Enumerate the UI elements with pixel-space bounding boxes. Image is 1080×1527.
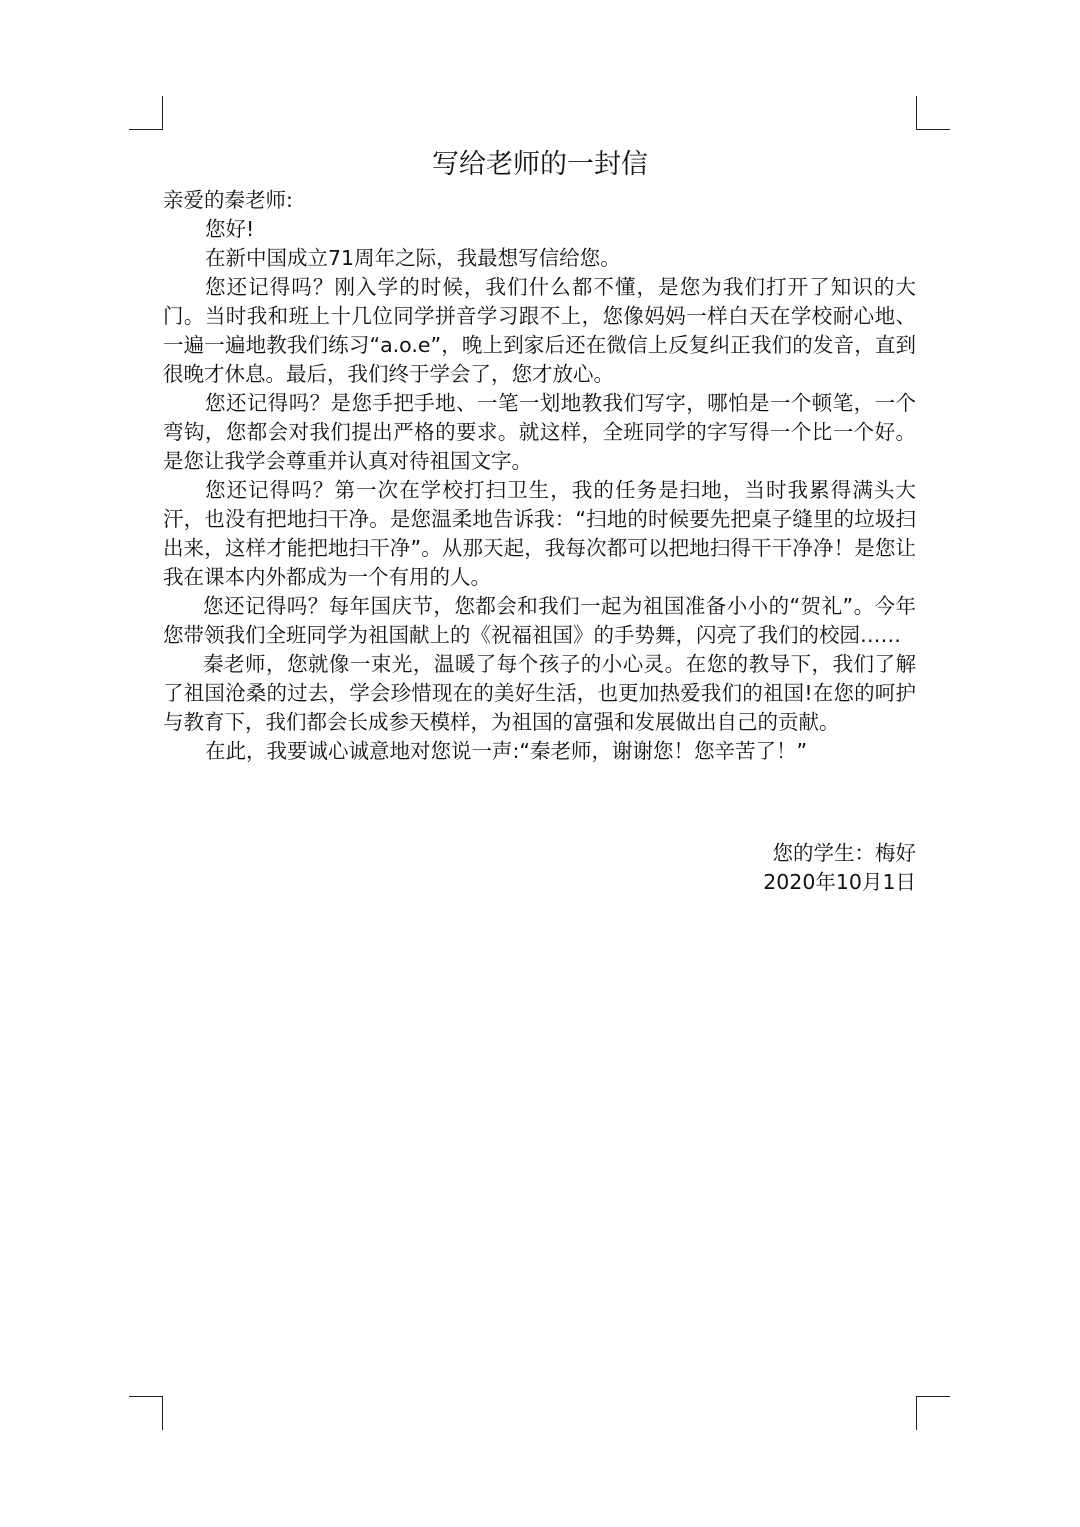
signature-block: 您的学生：梅好 2020年10月1日: [763, 839, 916, 897]
closing-paragraph: 在此，我要诚心诚意地对您说一声:“秦老师，谢谢您！您辛苦了！”: [163, 737, 916, 766]
paragraph: 在新中国成立71周年之际，我最想写信给您。: [163, 244, 916, 273]
letter-title: 写给老师的一封信: [0, 142, 1080, 181]
crop-mark-bottom-right: [916, 1396, 950, 1430]
salutation: 亲爱的秦老师:: [163, 186, 916, 215]
crop-mark-top-left: [129, 96, 163, 130]
paragraph: 您还记得吗？每年国庆节，您都会和我们一起为祖国准备小小的“贺礼”。今年您带领我们…: [163, 592, 916, 650]
paragraph: 您还记得吗？是您手把手地、一笔一划地教我们写字，哪怕是一个顿笔，一个弯钩，您都会…: [163, 389, 916, 476]
paragraph: 秦老师，您就像一束光，温暖了每个孩子的小心灵。在您的教导下，我们了解了祖国沧桑的…: [163, 650, 916, 737]
crop-mark-top-right: [916, 96, 950, 130]
letter-body: 亲爱的秦老师: 您好! 在新中国成立71周年之际，我最想写信给您。 您还记得吗？…: [163, 186, 916, 766]
greeting: 您好!: [163, 215, 916, 244]
crop-mark-bottom-left: [129, 1396, 163, 1430]
paragraph: 您还记得吗？刚入学的时候，我们什么都不懂，是您为我们打开了知识的大门。当时我和班…: [163, 273, 916, 389]
paragraph: 您还记得吗？第一次在学校打扫卫生，我的任务是扫地，当时我累得满头大汗，也没有把地…: [163, 476, 916, 592]
date: 2020年10月1日: [763, 868, 916, 897]
signer: 您的学生：梅好: [763, 839, 916, 868]
